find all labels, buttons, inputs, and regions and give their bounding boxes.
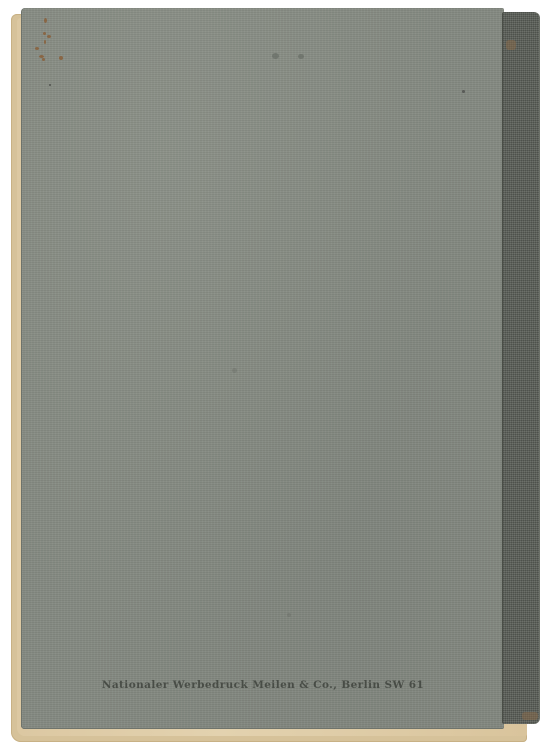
- spine-wear-top: [506, 40, 516, 50]
- dark-spot: [272, 53, 279, 59]
- cloth-spine: [502, 12, 540, 724]
- rust-stain: [47, 35, 51, 38]
- printer-imprint: Nationaler Werbedruck Meilen & Co., Berl…: [22, 679, 504, 691]
- dark-spot: [287, 613, 291, 617]
- rust-stain: [42, 58, 45, 61]
- dark-spot: [298, 54, 304, 59]
- spine-wear-bottom: [522, 712, 538, 720]
- dark-spot: [49, 84, 51, 86]
- dark-spot: [462, 90, 465, 93]
- rust-stain: [44, 18, 47, 23]
- rust-stain: [59, 56, 63, 60]
- rust-stain: [43, 32, 46, 35]
- back-cover: [22, 8, 504, 728]
- rust-stain: [35, 47, 39, 50]
- rust-stain: [44, 40, 46, 44]
- dark-spot: [232, 368, 237, 373]
- scan-stage: Nationaler Werbedruck Meilen & Co., Berl…: [0, 0, 550, 750]
